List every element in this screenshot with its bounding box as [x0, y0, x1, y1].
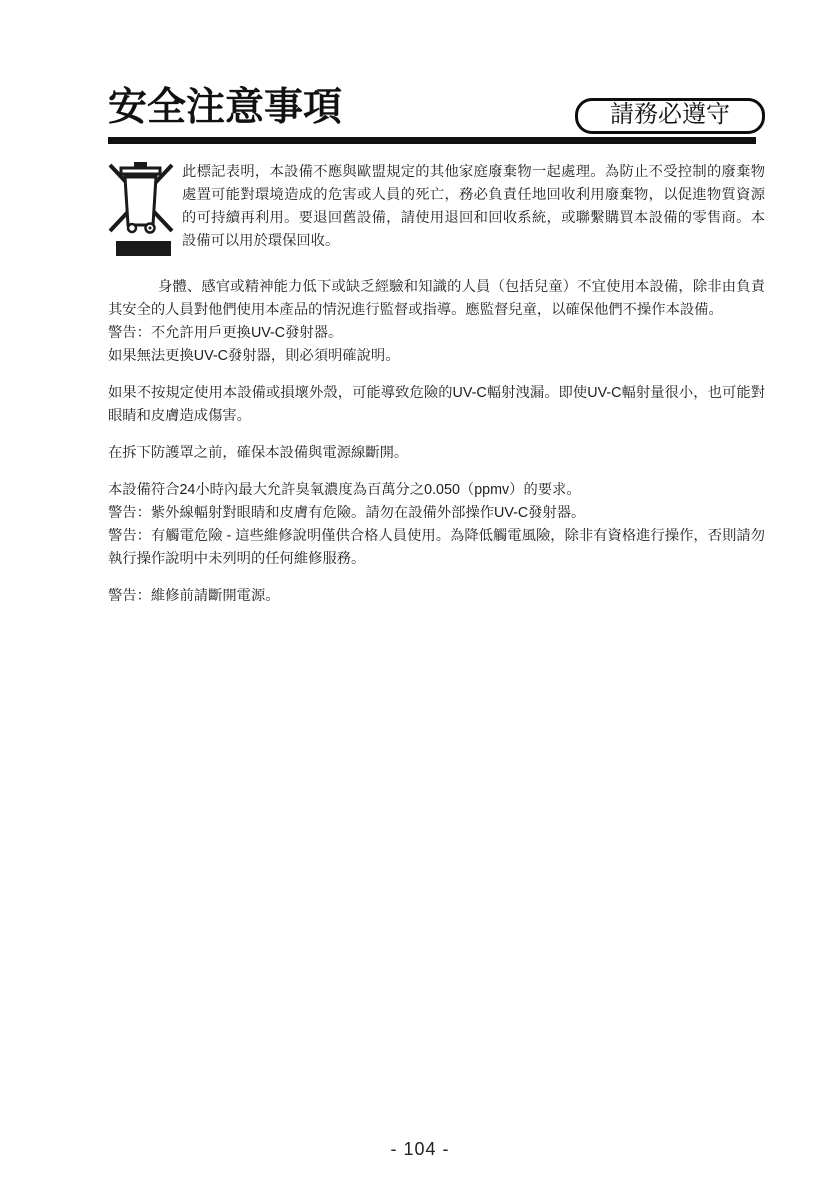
weee-crossed-out-wheeled-bin-icon — [108, 161, 174, 258]
mandatory-compliance-badge: 請務必遵守 — [575, 98, 765, 134]
paragraph-children-supervision: 身體、感官或精神能力低下或缺乏經驗和知識的人員（包括兒童）不宜使用本設備，除非由… — [108, 276, 765, 322]
uvc-leak-block: 如果不按規定使用本設備或損壞外殼，可能導致危險的UV-C輻射洩漏。即使UV-C輻… — [108, 382, 765, 428]
paragraph-disconnect-before-cover: 在拆下防護罩之前，確保本設備與電源線斷開。 — [108, 442, 765, 465]
page-number: - 104 - — [390, 1139, 449, 1159]
ozone-warnings-block: 本設備符合24小時內最大允許臭氧濃度為百萬分之0.050（ppmv）的要求。 警… — [108, 479, 765, 571]
page-content: 安全注意事項 請務必遵守 — [108, 0, 765, 608]
manual-page: 安全注意事項 請務必遵守 — [0, 0, 840, 1192]
supervision-block: 身體、感官或精神能力低下或缺乏經驗和知識的人員（包括兒童）不宜使用本設備，除非由… — [108, 276, 765, 368]
title-rule — [108, 137, 756, 144]
disconnect-power-block: 警告：維修前請斷開電源。 — [108, 585, 765, 608]
page-title: 安全注意事項 — [108, 86, 342, 130]
paragraph-ozone-limit: 本設備符合24小時內最大允許臭氧濃度為百萬分之0.050（ppmv）的要求。 — [108, 479, 765, 502]
warning-electric-shock: 警告：有觸電危險 - 這些維修說明僅供合格人員使用。為降低觸電風險，除非有資格進… — [108, 525, 765, 571]
paragraph-uvc-leak: 如果不按規定使用本設備或損壞外殼，可能導致危險的UV-C輻射洩漏。即使UV-C輻… — [108, 382, 765, 428]
weee-disposal-section: 此標記表明，本設備不應與歐盟規定的其他家庭廢棄物一起處理。為防止不受控制的廢棄物… — [108, 161, 765, 263]
page-footer: - 104 - — [0, 1138, 840, 1160]
weee-icon-wrap — [108, 161, 174, 263]
replace-note: 如果無法更換UV-C發射器，則必須明確說明。 — [108, 345, 765, 368]
weee-disposal-paragraph: 此標記表明，本設備不應與歐盟規定的其他家庭廢棄物一起處理。為防止不受控制的廢棄物… — [182, 161, 765, 253]
warning-uv-radiation: 警告：紫外線輻射對眼睛和皮膚有危險。請勿在設備外部操作UV-C發射器。 — [108, 502, 765, 525]
warning-disconnect-power: 警告：維修前請斷開電源。 — [108, 585, 765, 608]
disconnect-cover-block: 在拆下防護罩之前，確保本設備與電源線斷開。 — [108, 442, 765, 465]
page-header: 安全注意事項 請務必遵守 — [108, 86, 765, 134]
warning-no-user-replace: 警告：不允許用戶更換UV-C發射器。 — [108, 322, 765, 345]
